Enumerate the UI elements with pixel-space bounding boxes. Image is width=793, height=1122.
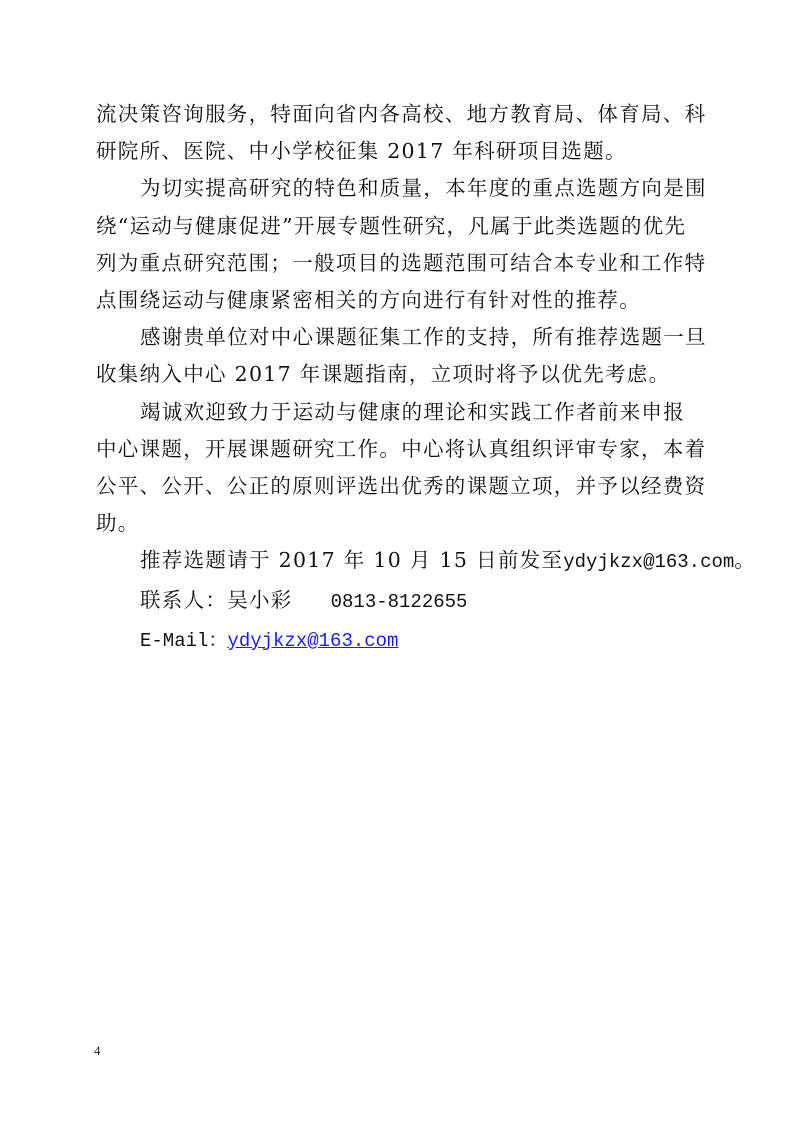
page-number: 4 (94, 1043, 101, 1059)
submission-email: ydyjkzx@163.com (563, 551, 734, 573)
text-line: 绕“运动与健康促进”开展专题性研究，凡属于此类选题的优先 (96, 208, 692, 245)
text-line: 为切实提高研究的特色和质量，本年度的重点选题方向是围 (96, 170, 692, 207)
text-line: 研院所、医院、中小学校征集 2017 年科研项目选题。 (96, 133, 692, 170)
submission-deadline: 推荐选题请于 2017 年 10 月 15 日前发至ydyjkzx@163.co… (96, 542, 692, 581)
paragraph-welcome: 竭诚欢迎致力于运动与健康的理论和实践工作者前来申报 中心课题，开展课题研究工作。… (96, 394, 692, 543)
email-label: E-Mail： (140, 630, 227, 652)
paragraph-continuation: 流决策咨询服务，特面向省内各高校、地方教育局、体育局、科 研院所、医院、中小学校… (96, 96, 692, 170)
text-line: 流决策咨询服务，特面向省内各高校、地方教育局、体育局、科 (96, 96, 692, 133)
contact-name: 吴小彩 (227, 588, 292, 612)
text-line: 点围绕运动与健康紧密相关的方向进行有针对性的推荐。 (96, 282, 692, 319)
email-link[interactable]: ydyjkzx@163.com (227, 630, 398, 652)
text-line: 列为重点研究范围；一般项目的选题范围可结合本专业和工作特 (96, 245, 692, 282)
contact-label: 联系人： (140, 588, 227, 612)
contact-phone: 0813-8122655 (331, 591, 468, 613)
text-line: 竭诚欢迎致力于运动与健康的理论和实践工作者前来申报 (96, 394, 692, 431)
submission-suffix: 。 (734, 548, 756, 572)
submission-text: 推荐选题请于 2017 年 10 月 15 日前发至 (140, 548, 563, 572)
text-line: 助。 (96, 505, 692, 542)
text-line: 中心课题，开展课题研究工作。中心将认真组织评审专家，本着 (96, 431, 692, 468)
email-line: E-Mail：ydyjkzx@163.com (96, 621, 692, 660)
document-body: 流决策咨询服务，特面向省内各高校、地方教育局、体育局、科 研院所、医院、中小学校… (96, 96, 692, 660)
contact-person: 联系人：吴小彩0813-8122655 (96, 582, 692, 621)
text-line: 感谢贵单位对中心课题征集工作的支持，所有推荐选题一旦 (96, 319, 692, 356)
paragraph-thanks: 感谢贵单位对中心课题征集工作的支持，所有推荐选题一旦 收集纳入中心 2017 年… (96, 319, 692, 393)
paragraph-research-focus: 为切实提高研究的特色和质量，本年度的重点选题方向是围 绕“运动与健康促进”开展专… (96, 170, 692, 319)
text-line: 公平、公开、公正的原则评选出优秀的课题立项，并予以经费资 (96, 468, 692, 505)
document-page: 流决策咨询服务，特面向省内各高校、地方教育局、体育局、科 研院所、医院、中小学校… (0, 0, 793, 1122)
text-line: 收集纳入中心 2017 年课题指南，立项时将予以优先考虑。 (96, 356, 692, 393)
